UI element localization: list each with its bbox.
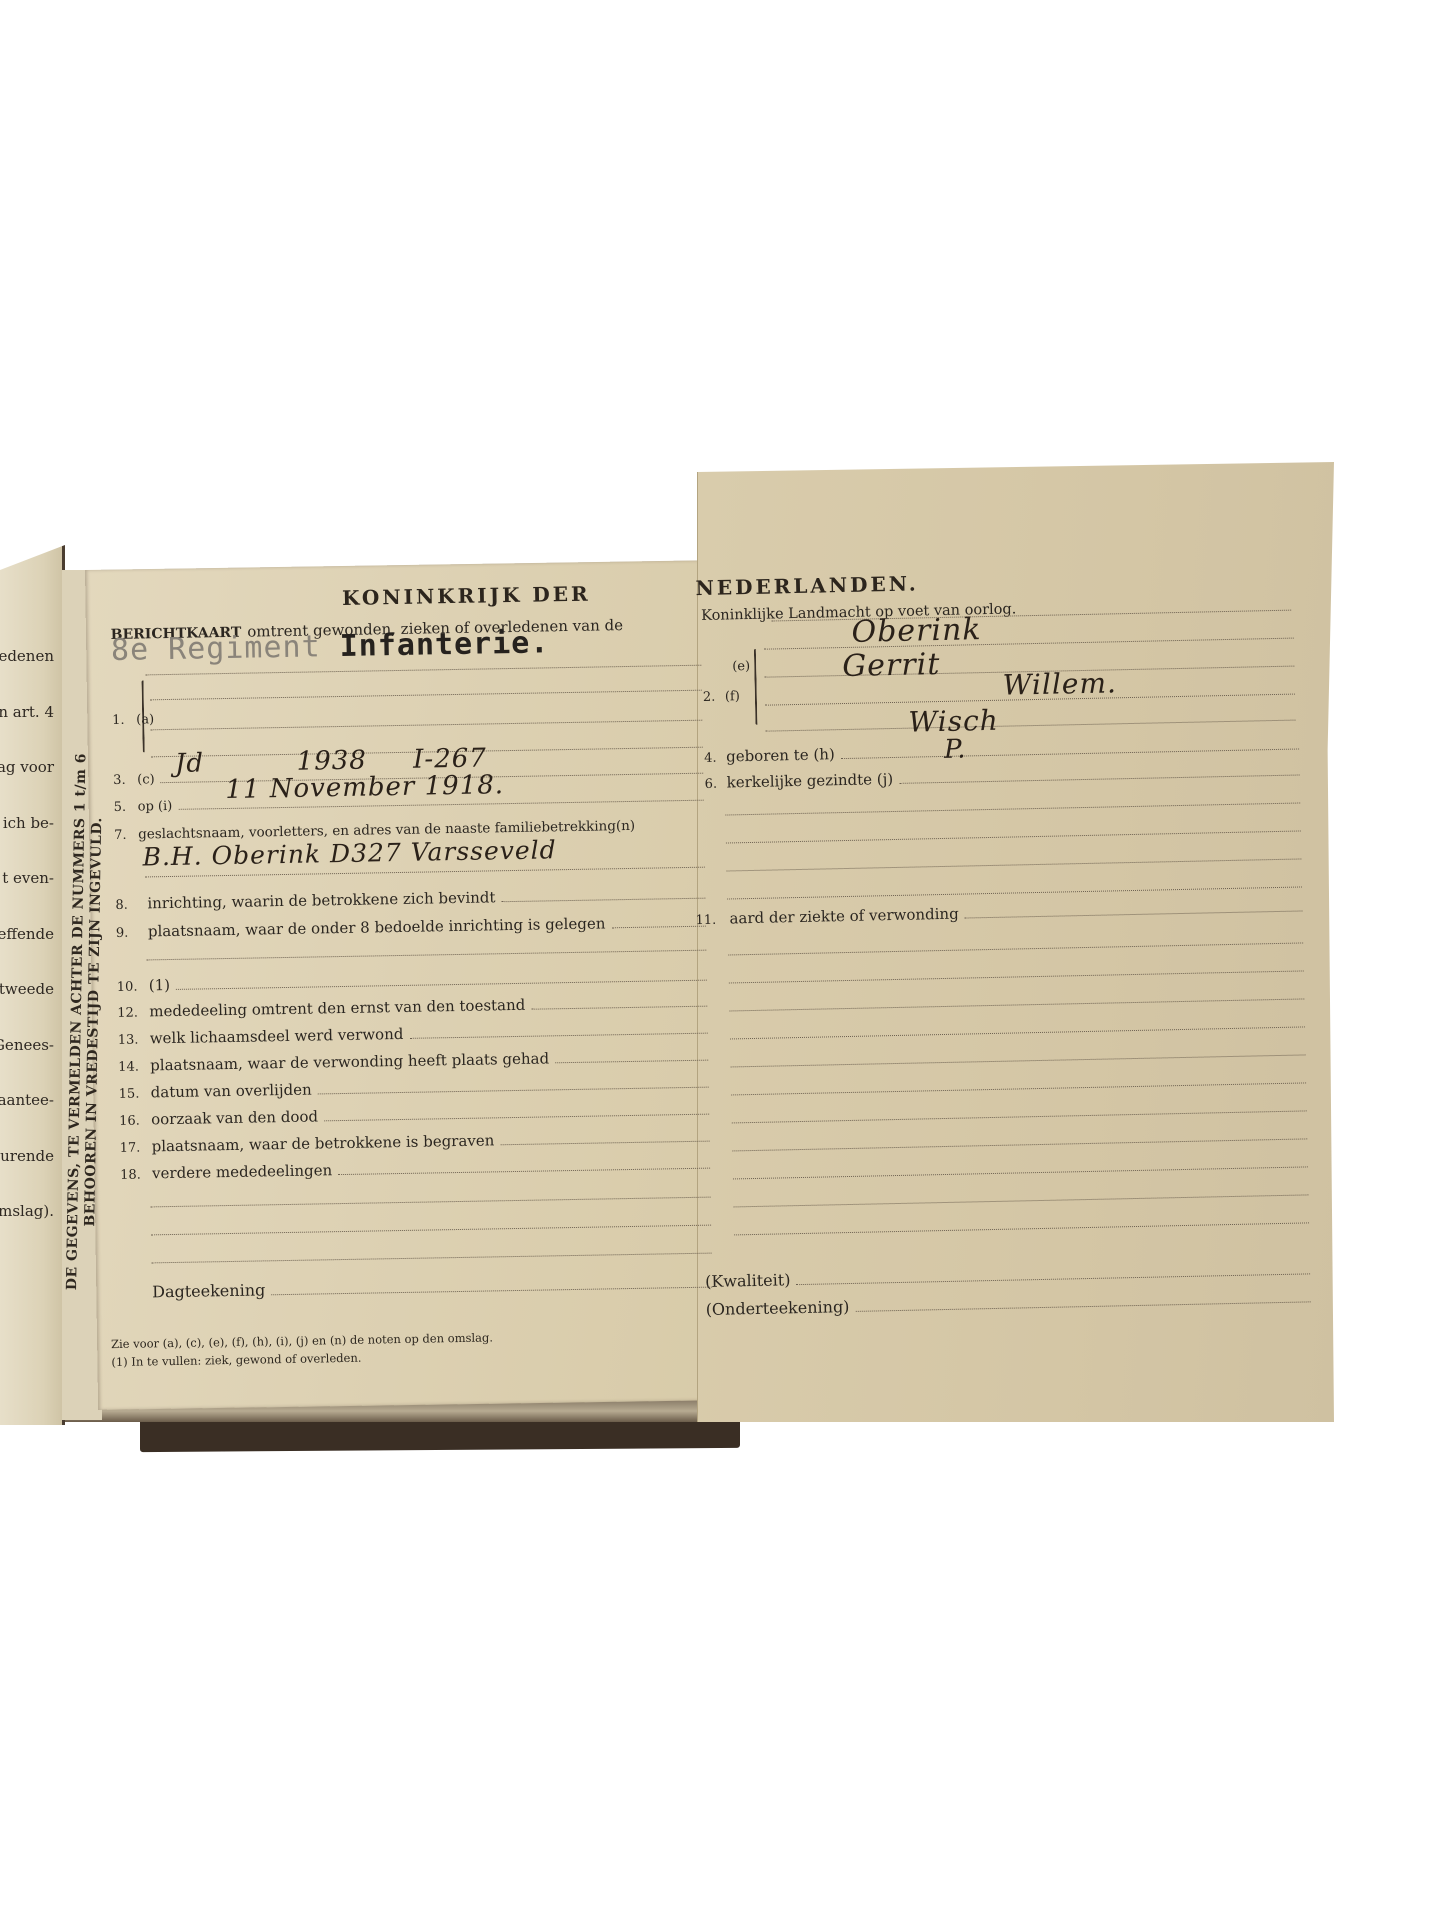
illness-line[interactable] (734, 1194, 1309, 1207)
field-12: 12. mededeeling omtrent den ernst van de… (117, 993, 707, 1021)
illness-line[interactable] (731, 1054, 1306, 1067)
field-1: 1. (a) (112, 712, 154, 728)
surname-input[interactable] (764, 638, 1294, 650)
field-10: 10. (1) (117, 967, 707, 995)
field-line[interactable] (150, 690, 702, 701)
field-14: 14. plaatsnaam, waar de verwonding heeft… (118, 1047, 708, 1075)
field-18-line-3[interactable] (151, 1225, 711, 1236)
dagteekening-input[interactable] (271, 1286, 712, 1296)
field-5-value[interactable]: 11 November 1918. (225, 770, 504, 805)
illness-line[interactable] (733, 1166, 1308, 1179)
field-line[interactable] (766, 720, 1296, 732)
field-13: 13. welk lichaamsdeel werd verwond (118, 1020, 708, 1048)
field-line[interactable] (727, 886, 1302, 899)
born-field: 4. geboren te (h) (704, 735, 1299, 765)
field-12-input[interactable] (531, 1005, 707, 1010)
left-form-content: KONINKRIJK DER BERICHTKAART omtrent gewo… (110, 585, 713, 1355)
left-page-text: ledenen n art. 4 ag voor ich be- t even-… (0, 610, 54, 1258)
field-18: 18. verdere mededeelingen (120, 1155, 710, 1183)
onderteekening-field: (Onderteekening) (705, 1287, 1310, 1319)
field-9: 9. plaatsnaam, waar de onder 8 bedoelde … (116, 913, 706, 941)
born-input[interactable] (841, 747, 1299, 759)
illness-line[interactable] (728, 942, 1303, 955)
field-13-input[interactable] (409, 1032, 707, 1039)
field-9-input[interactable] (611, 925, 705, 929)
onderteekening-input[interactable] (856, 1300, 1311, 1312)
illness-line[interactable] (730, 1026, 1305, 1039)
field-7-value[interactable]: B.H. Oberink D327 Varsseveld (142, 835, 557, 871)
given-name-1[interactable]: Gerrit (842, 647, 941, 684)
field-17-input[interactable] (500, 1140, 709, 1146)
field-10-input[interactable] (176, 979, 707, 990)
illness-line[interactable] (732, 1138, 1307, 1151)
field-line[interactable] (145, 665, 701, 676)
field-1-input[interactable] (150, 720, 702, 731)
illness-line[interactable] (732, 1110, 1307, 1123)
field-18-line-4[interactable] (152, 1253, 712, 1264)
surname-label: (e) (732, 659, 750, 674)
right-form-content: NEDERLANDEN. Koninklijke Landmacht op vo… (700, 547, 1357, 1360)
illness-field: 11. aard der ziekte of verwonding (695, 897, 1302, 928)
footnote-1: Zie voor (a), (c), (e), (f), (h), (i), (… (111, 1330, 493, 1351)
illness-line[interactable] (729, 998, 1304, 1011)
given-label: 2. (f) (703, 689, 740, 705)
illness-line[interactable] (729, 970, 1304, 983)
kwaliteit-input[interactable] (797, 1272, 1311, 1285)
field-14-input[interactable] (555, 1059, 708, 1064)
field-15: 15. datum van overlijden (119, 1074, 709, 1102)
church-field: 6. kerkelijke gezindte (j) (704, 761, 1299, 791)
field-line[interactable] (725, 802, 1300, 815)
church-input[interactable] (899, 773, 1299, 783)
field-line[interactable] (146, 950, 706, 961)
church-value[interactable]: P. (944, 734, 967, 764)
born-value[interactable]: Wisch (908, 704, 999, 739)
typed-unit: 8e Regiment Infanterie. (111, 625, 550, 668)
field-18-line-2[interactable] (151, 1197, 711, 1208)
brace (754, 649, 758, 725)
field-17: 17. plaatsnaam, waar de betrokkene is be… (119, 1128, 709, 1156)
illness-line[interactable] (734, 1222, 1309, 1235)
kwaliteit-field: (Kwaliteit) (705, 1259, 1310, 1291)
field-16-input[interactable] (324, 1113, 709, 1122)
field-8: 8. inrichting, waarin de betrokkene zich… (115, 885, 705, 913)
field-8-input[interactable] (502, 897, 706, 903)
field-line[interactable] (727, 858, 1302, 871)
field-line[interactable] (726, 830, 1301, 843)
field-15-input[interactable] (318, 1086, 709, 1095)
field-16: 16. oorzaak van den dood (119, 1101, 709, 1129)
illness-line[interactable] (731, 1082, 1306, 1095)
left-page-fragment: ledenen n art. 4 ag voor ich be- t even-… (0, 545, 65, 1425)
dagteekening-field: Dagteekening (152, 1273, 712, 1302)
field-18-input[interactable] (338, 1167, 710, 1175)
illness-input[interactable] (965, 909, 1303, 918)
given-name-2[interactable]: Willem. (1002, 666, 1117, 701)
title-right: NEDERLANDEN. (695, 571, 919, 600)
title-left: KONINKRIJK DER (342, 582, 591, 610)
